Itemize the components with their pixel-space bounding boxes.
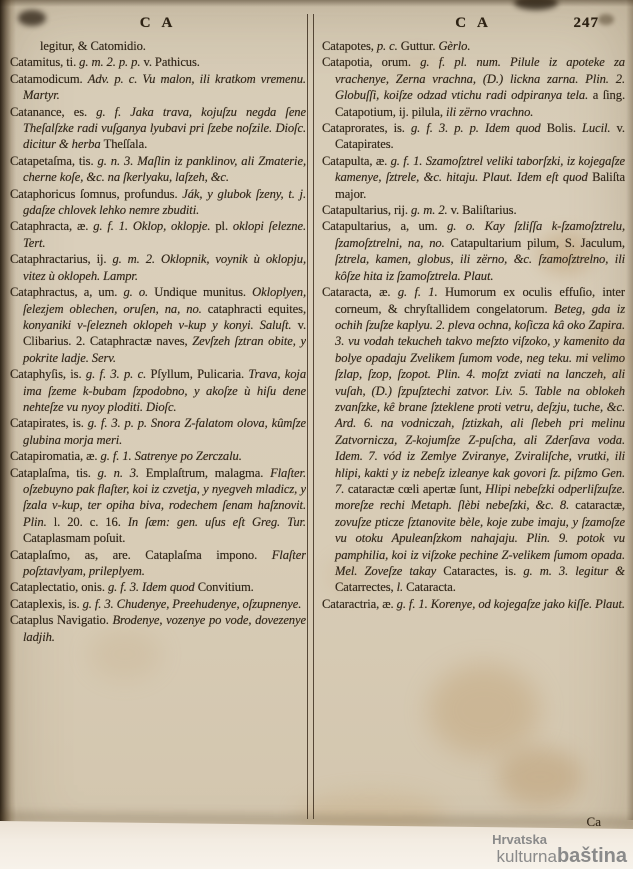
entry-text-roman: Catarrectes, — [335, 580, 397, 594]
entry-text-roman: Catapetaſma, tis. — [10, 154, 98, 168]
column-header-left: C A — [10, 15, 306, 32]
entry-text-italic: g. f. 1. Satrenye po Zerczalu. — [101, 449, 242, 463]
entry-text-roman: Catanance, es. — [10, 105, 96, 119]
entry-text-roman: Catamodicum. — [10, 72, 88, 86]
dictionary-entry: legitur, & Catomidio. — [10, 38, 306, 54]
entry-text-roman: Cataphoricus ſomnus, profundus. — [10, 187, 182, 201]
column-left: C A legitur, & Catomidio.Catamitus, ti. … — [10, 15, 306, 817]
entry-text-italic: ſztrela, kamen, globus, ili zërno, &c. ſ… — [335, 252, 625, 282]
running-title-right: C A — [455, 15, 492, 31]
dictionary-entry: Catapultarius, rij. g. m. 2. v. Baliſtar… — [322, 202, 625, 218]
entry-text-roman: pl. — [215, 219, 233, 233]
entry-text-roman: Catapultarium pilum, S. Jaculum, — [450, 236, 625, 250]
entry-text-roman: Emplaſtrum, malagma. — [146, 466, 270, 480]
entry-text-roman: cataphracti equites, — [208, 302, 306, 316]
entry-text-roman: cataractæ cœli apertæ ſunt, — [348, 482, 485, 496]
column-right: C A 247 Catapotes, p. c. Guttur. Gèrlo.C… — [322, 15, 625, 817]
entry-text-roman: Undique munitus. — [154, 285, 252, 299]
watermark-line2-bold: baština — [557, 845, 627, 867]
dictionary-entry: Catapotes, p. c. Guttur. Gèrlo. — [322, 38, 625, 54]
entry-text-roman: Convitium. — [198, 580, 254, 594]
entry-text-roman: cataractæ, — [575, 498, 625, 512]
entry-text-roman: Catapotia, orum. — [322, 55, 420, 69]
entry-text-italic: g. f. 3. p. c. — [86, 367, 151, 381]
dictionary-entry: Cataplus Navigatio. Brodenye, vozenye po… — [10, 612, 306, 645]
entries-left: legitur, & Catomidio.Catamitus, ti. g. m… — [10, 38, 306, 645]
dictionary-entry: Cataplexis, is. g. f. 3. Chudenye, Preeh… — [10, 596, 306, 612]
entry-text-italic: g. o. — [123, 285, 154, 299]
dictionary-entry: Cataracta, æ. g. f. 1. Humorum ex oculis… — [322, 284, 625, 596]
entry-text-italic: ili zërno vrachno. — [446, 105, 533, 119]
entry-text-italic: g. n. 3. — [98, 466, 146, 480]
dictionary-entry: Cataphoricus ſomnus, profundus. Ják, y g… — [10, 186, 306, 219]
entry-text-italic: konyaniki v-ſelezneh oklopeh v-kup y kon… — [23, 318, 298, 332]
entry-text-italic: In ſæm: gen. uſus eſt Greg. Tur. — [128, 515, 306, 529]
dictionary-entry: Catapulta, æ. g. f. 1. Szamoſztrel velik… — [322, 153, 625, 202]
entry-text-roman: Cataphractarius, ij. — [10, 252, 112, 266]
page-right-edge — [626, 0, 633, 820]
dictionary-entry: Catamitus, ti. g. m. 2. p. p. v. Pathicu… — [10, 54, 306, 70]
dictionary-entry: Catamodicum. Adv. p. c. Vu malon, ili kr… — [10, 71, 306, 104]
entry-text-roman: Cataplus Navigatio. — [10, 613, 112, 627]
entry-text-italic: g. m. 2. — [411, 203, 451, 217]
entry-text-roman: Catapiromatia, æ. — [10, 449, 101, 463]
entry-text-roman: Catamitus, ti. — [10, 55, 79, 69]
column-divider-rule — [307, 14, 314, 819]
entries-right: Catapotes, p. c. Guttur. Gèrlo.Catapotia… — [322, 38, 625, 612]
dictionary-entry: Cataphyſis, is. g. f. 3. p. c. Pſyllum, … — [10, 366, 306, 415]
dictionary-entry: Cataplaſma, tis. g. n. 3. Emplaſtrum, ma… — [10, 465, 306, 547]
dictionary-entry: Catapiromatia, æ. g. f. 1. Satrenye po Z… — [10, 448, 306, 464]
entry-text-roman: Cataplaſmo, as, are. Cataplaſma impono. — [10, 548, 272, 562]
entry-text-italic: g. f. 1. Korenye, od kojegaſze jako kiſſ… — [397, 597, 625, 611]
dictionary-entry: Cataphractarius, ij. g. m. 2. Oklopnik, … — [10, 251, 306, 284]
entry-text-italic: g. m. 3. legitur & — [523, 564, 625, 578]
entry-text-italic: Beteg, gda iz ochih ſzuſze kaplyu. 2. pl… — [335, 302, 625, 496]
entry-text-roman: Catapultarius, a, um. — [322, 219, 447, 233]
entry-text-roman: Cataprorates, is. — [322, 121, 411, 135]
dictionary-entry: Catapotia, orum. g. f. pl. num. Pilule i… — [322, 54, 625, 120]
entry-text-roman: Cataphracta, æ. — [10, 219, 93, 233]
dictionary-entry: Cataractria, æ. g. f. 1. Korenye, od koj… — [322, 596, 625, 612]
entry-text-roman: Cataplasmam poſuit. — [23, 531, 125, 545]
entry-text-italic: g. f. 3. Idem quod — [108, 580, 198, 594]
dictionary-entry: Cataphracta, æ. g. f. 1. Oklop, oklopje.… — [10, 218, 306, 251]
entry-text-roman: Catapulta, æ. — [322, 154, 391, 168]
running-title-left: C A — [140, 15, 177, 31]
entry-text-roman: Cataplectatio, onis. — [10, 580, 108, 594]
entry-text-roman: Pſyllum, Pulicaria. — [151, 367, 249, 381]
entry-text-roman: Cataplexis, is. — [10, 597, 83, 611]
heritage-watermark: Hrvatska kulturnabaština — [492, 833, 627, 866]
entry-text-italic: g. f. 3. p. p. Idem quod — [411, 121, 547, 135]
dictionary-entry: Catapetaſma, tis. g. n. 3. Maſlin iz pan… — [10, 153, 306, 186]
entry-text-roman: Catapultarius, rij. — [322, 203, 411, 217]
page-top-edge — [0, 0, 633, 7]
entry-text-roman: Catapotes, — [322, 39, 377, 53]
entry-text-roman: Cataractria, æ. — [322, 597, 397, 611]
entry-text-roman: Catapirates, is. — [10, 416, 88, 430]
entry-text-roman: Cataplaſma, tis. — [10, 466, 98, 480]
entry-text-roman: Theſſala. — [104, 137, 148, 151]
entry-text-italic: g. f. 3. Chudenye, Preehudenye, oſzupnen… — [83, 597, 302, 611]
entry-text-roman: Cataractes, is. — [443, 564, 523, 578]
entry-text-italic: g. f. 1. — [398, 285, 445, 299]
entry-text-roman: Cataracta, æ. — [322, 285, 398, 299]
scanned-page: C A legitur, & Catomidio.Catamitus, ti. … — [0, 0, 633, 869]
dictionary-entry: Catapultarius, a, um. g. o. Kay ſzliſſa … — [322, 218, 625, 284]
entry-text-italic: g. m. 2. p. p. — [79, 55, 143, 69]
page-number: 247 — [574, 15, 600, 32]
entry-text-roman: Cataracta. — [406, 580, 456, 594]
entry-text-roman: Guttur. — [401, 39, 439, 53]
entry-text-roman: v. Baliſtarius. — [451, 203, 517, 217]
entry-text-italic: Lucil. — [582, 121, 617, 135]
entry-text-roman: l. 20. c. 16. — [54, 515, 128, 529]
dictionary-entry: Cataplectatio, onis. g. f. 3. Idem quod … — [10, 579, 306, 595]
entry-text-italic: Gèrlo. — [438, 39, 470, 53]
dictionary-entry: Cataplaſmo, as, are. Cataplaſma impono. … — [10, 547, 306, 580]
entry-text-italic: g. f. 1. Oklop, oklopje. — [93, 219, 215, 233]
watermark-line1: Hrvatska — [492, 833, 547, 846]
dictionary-entry: Cataphractus, a, um. g. o. Undique munit… — [10, 284, 306, 366]
entry-text-roman: Bolis. — [547, 121, 582, 135]
watermark-line2-regular: kulturna — [496, 847, 556, 866]
dictionary-entry: Catanance, es. g. f. Jaka trava, kojuſzu… — [10, 104, 306, 153]
entry-text-italic: l. — [397, 580, 407, 594]
dictionary-entry: Catapirates, is. g. f. 3. p. p. Snora Z-… — [10, 415, 306, 448]
column-header-right: C A 247 — [322, 15, 625, 32]
dictionary-entry: Cataprorates, is. g. f. 3. p. p. Idem qu… — [322, 120, 625, 153]
entry-text-roman: Cataphractus, a, um. — [10, 285, 123, 299]
entry-text-roman: Cataphyſis, is. — [10, 367, 86, 381]
entry-text-roman: v. Pathicus. — [143, 55, 199, 69]
entry-text-roman: legitur, & Catomidio. — [40, 39, 146, 53]
entry-text-italic: p. c. — [377, 39, 401, 53]
